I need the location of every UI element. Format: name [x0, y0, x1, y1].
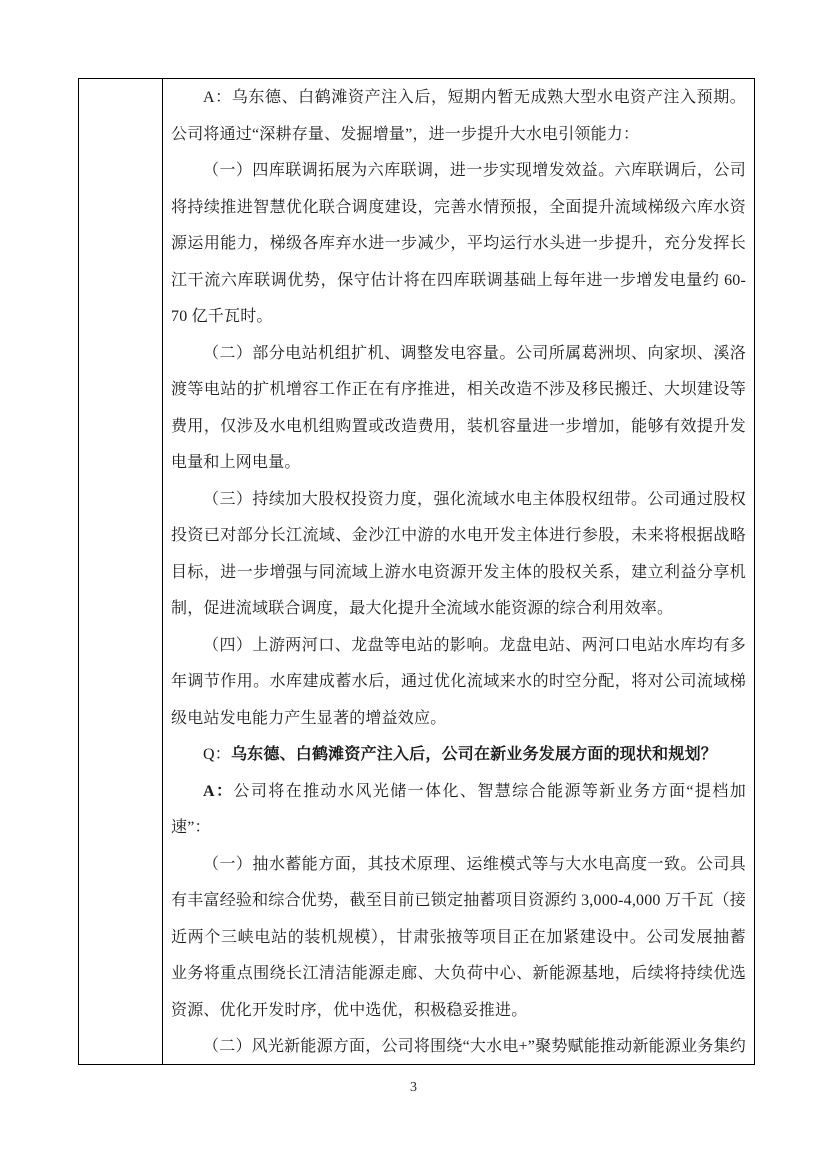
answer-prefix: A： [203, 783, 233, 800]
body-paragraph: （一）四库联调拓展为六库联调，进一步实现增发效益。六库联调后，公司将持续推进智慧… [171, 153, 746, 336]
paragraph-text: 公司将在推动水风光储一体化、智慧综合能源等新业务方面“提档加速”： [171, 783, 746, 837]
body-paragraph: （四）上游两河口、龙盘等电站的影响。龙盘电站、两河口电站水库均有多年调节作用。水… [171, 628, 746, 738]
answer-paragraph: A：乌东德、白鹤滩资产注入后，短期内暂无成熟大型水电资产注入预期。公司将通过“深… [171, 80, 746, 153]
question-prefix: Q： [203, 746, 231, 763]
paragraph-text: 乌东德、白鹤滩资产注入后，公司在新业务发展方面的现状和规划？ [231, 746, 717, 763]
paragraph-text: （三）持续加大股权投资力度，强化流域水电主体股权纽带。公司通过股权投资已对部分长… [171, 491, 746, 618]
paragraph-text: （二）部分电站机组扩机、调整发电容量。公司所属葛洲坝、向家坝、溪洛渡等电站的扩机… [171, 345, 746, 472]
body-paragraph: （一）抽水蓄能方面，其技术原理、运维模式等与大水电高度一致。公司具有丰富经验和综… [171, 847, 746, 1030]
question-paragraph: Q：乌东德、白鹤滩资产注入后，公司在新业务发展方面的现状和规划？ [171, 737, 746, 774]
paragraph-text: （四）上游两河口、龙盘等电站的影响。龙盘电站、两河口电站水库均有多年调节作用。水… [171, 637, 746, 727]
table-left-cell [79, 79, 163, 1064]
qa-record-table: A：乌东德、白鹤滩资产注入后，短期内暂无成熟大型水电资产注入预期。公司将通过“深… [78, 78, 755, 1065]
paragraph-text: 乌东德、白鹤滩资产注入后，短期内暂无成熟大型水电资产注入预期。公司将通过“深耕存… [171, 89, 746, 143]
answer-paragraph: A：公司将在推动水风光储一体化、智慧综合能源等新业务方面“提档加速”： [171, 774, 746, 847]
paragraph-text: （一）四库联调拓展为六库联调，进一步实现增发效益。六库联调后，公司将持续推进智慧… [171, 162, 746, 325]
paragraph-text: （一）抽水蓄能方面，其技术原理、运维模式等与大水电高度一致。公司具有丰富经验和综… [171, 856, 746, 1019]
body-paragraph: （二）风光新能源方面，公司将围绕“大水电+”聚势赋能推动新能源业务集约化、规模化… [171, 1029, 746, 1064]
table-right-cell: A：乌东德、白鹤滩资产注入后，短期内暂无成熟大型水电资产注入预期。公司将通过“深… [163, 79, 754, 1064]
paragraph-text: （二）风光新能源方面，公司将围绕“大水电+”聚势赋能推动新能源业务集约化、规模化… [171, 1038, 746, 1064]
body-paragraph: （二）部分电站机组扩机、调整发电容量。公司所属葛洲坝、向家坝、溪洛渡等电站的扩机… [171, 336, 746, 482]
body-paragraph: （三）持续加大股权投资力度，强化流域水电主体股权纽带。公司通过股权投资已对部分长… [171, 482, 746, 628]
page-number: 3 [0, 1080, 827, 1096]
answer-prefix: A： [203, 89, 232, 106]
